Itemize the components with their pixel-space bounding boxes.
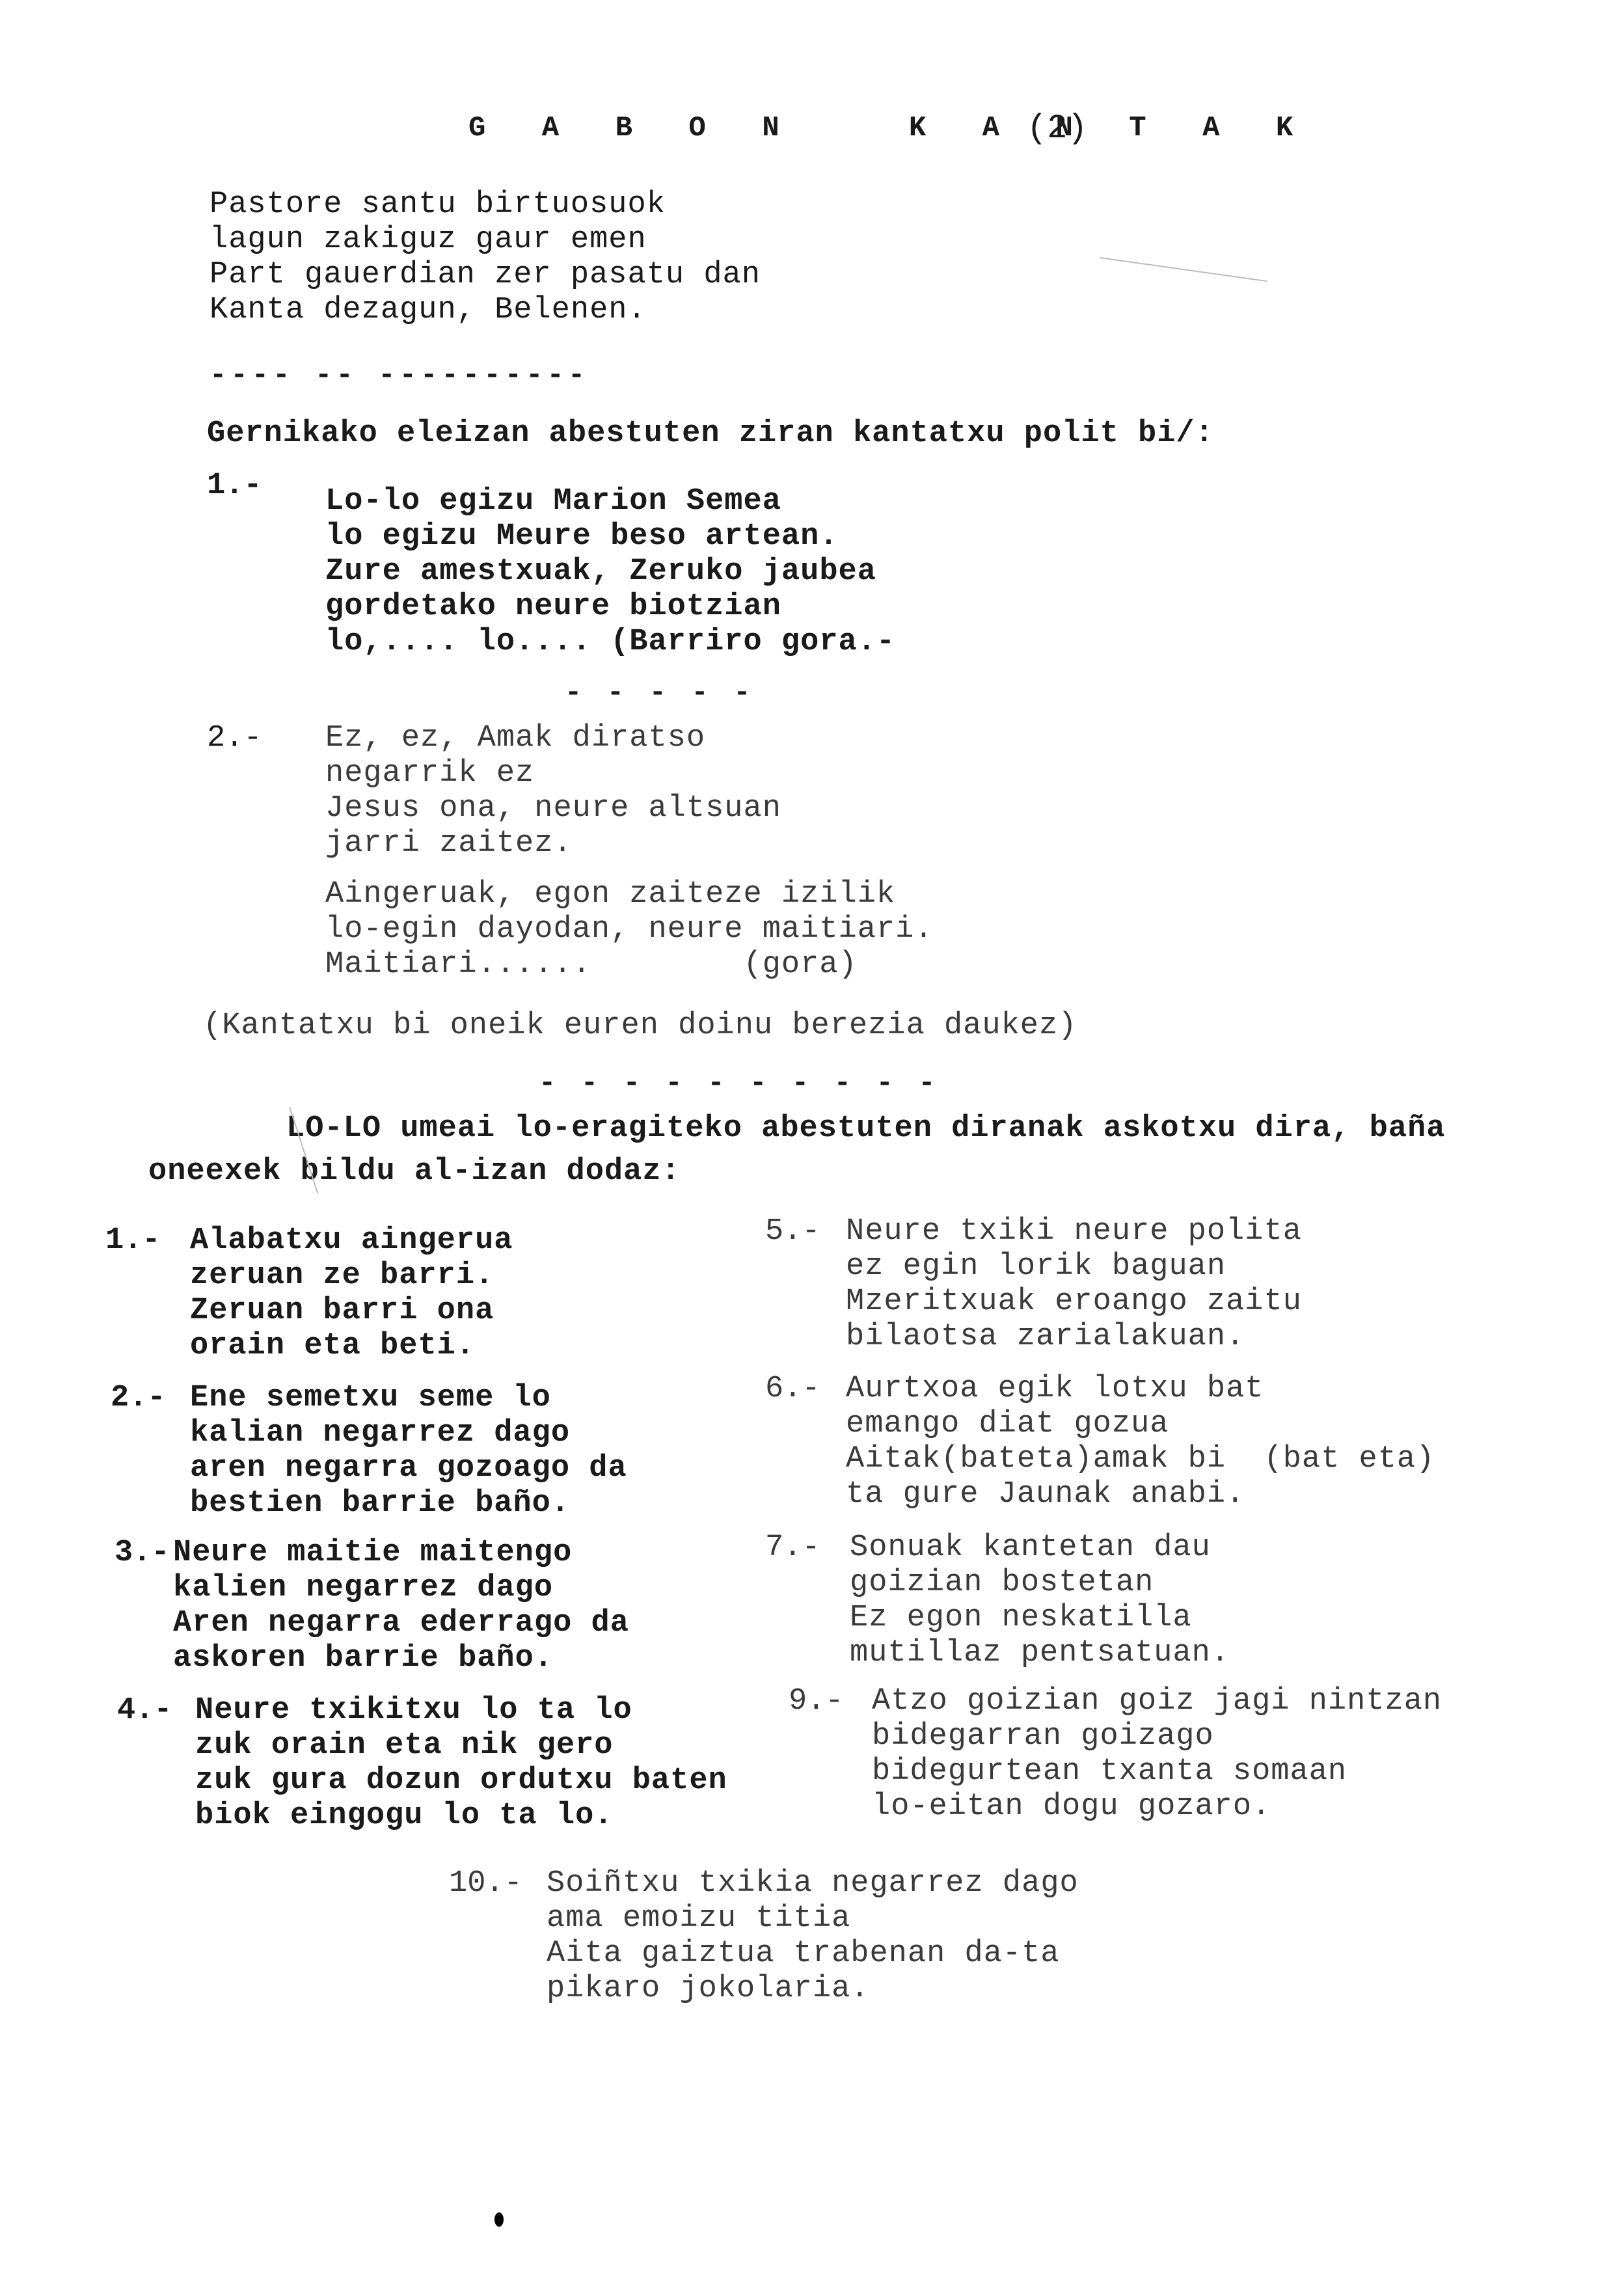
song-number: 4.-	[117, 1693, 172, 1728]
verse-line: pikaro jokolaria.	[547, 1972, 1079, 2007]
verse-line: askoren barrie baño.	[173, 1641, 629, 1676]
verse-line: kalian negarrez dago	[190, 1416, 627, 1451]
verse-line: bidegarran goizago	[872, 1719, 1442, 1754]
ink-dot	[494, 2212, 504, 2227]
verse-line: Sonuak kantetan dau	[850, 1530, 1230, 1566]
gernika-intro: Gernikako eleizan abestuten ziran kantat…	[207, 416, 1214, 452]
intro-verse: Pastore santu birtuosuok lagun zakiguz g…	[210, 187, 761, 328]
verse-line: Kanta dezagun, Belenen.	[210, 293, 761, 328]
gernika-note: (Kantatxu bi oneik euren doinu berezia d…	[203, 1009, 1077, 1044]
page-title: G A B O N K A N T A K	[468, 112, 1312, 144]
verse-line: Ez, ez, Amak diratso	[325, 721, 781, 756]
song-number: 5.-	[765, 1214, 820, 1249]
verse-line: jarri zaitez.	[325, 826, 781, 862]
verse-line: lo egizu Meure beso artean.	[325, 519, 895, 554]
verse-line: Zeruan barri ona	[190, 1294, 513, 1329]
verse-line: Ene semetxu seme lo	[190, 1381, 627, 1416]
verse-line: kalien negarrez dago	[173, 1571, 629, 1606]
song-number: 9.-	[789, 1684, 844, 1719]
lolo-song-4: Neure txikitxu lo ta lo zuk orain eta ni…	[195, 1693, 727, 1834]
separator: ---- -- ----------	[210, 359, 589, 392]
verse-line: biok eingogu lo ta lo.	[195, 1799, 727, 1834]
lolo-song-7: Sonuak kantetan dau goizian bostetan Ez …	[850, 1530, 1230, 1671]
verse-line: lagun zakiguz gaur emen	[210, 223, 761, 258]
lolo-song-10: Soiñtxu txikia negarrez dago ama emoizu …	[547, 1866, 1079, 2007]
verse-line: ez egin lorik baguan	[846, 1249, 1302, 1284]
lolo-song-5: Neure txiki neure polita ez egin lorik b…	[846, 1214, 1302, 1355]
lolo-intro-line-2: oneexek bildu al-izan dodaz:	[148, 1154, 681, 1189]
verse-line: Lo-lo egizu Marion Semea	[325, 484, 895, 519]
verse-line: Part gauerdian zer pasatu dan	[210, 258, 761, 293]
verse-line: Alabatxu aingerua	[190, 1223, 513, 1258]
verse-line: bestien barrie baño.	[190, 1486, 627, 1521]
verse-line: Soiñtxu txikia negarrez dago	[547, 1866, 1079, 1901]
verse-line: lo-eitan dogu gozaro.	[872, 1789, 1442, 1825]
verse-line: Aitak(bateta)amak bi (bat eta)	[846, 1442, 1435, 1477]
verse-line: Aingeruak, egon zaiteze izilik	[325, 877, 934, 912]
verse-line: Aita gaiztua trabenan da-ta	[547, 1936, 1079, 1972]
verse-line: zeruan ze barri.	[190, 1258, 513, 1294]
verse-line: Atzo goizian goiz jagi nintzan	[872, 1684, 1442, 1719]
lolo-intro-line-1: LO-LO umeai lo-eragiteko abestuten diran…	[286, 1111, 1445, 1147]
verse-line: Aurtxoa egik lotxu bat	[846, 1372, 1435, 1407]
verse-line: Maitiari...... (gora)	[325, 947, 934, 983]
verse-line: Neure maitie maitengo	[173, 1536, 629, 1571]
page-number: (2)	[1027, 109, 1088, 148]
verse-line: gordetako neure biotzian	[325, 590, 895, 625]
verse-line: Aren negarra ederrago da	[173, 1606, 629, 1641]
song-number: 1.-	[207, 469, 262, 504]
verse-line: ta gure Jaunak anabi.	[846, 1477, 1435, 1512]
lolo-song-6: Aurtxoa egik lotxu bat emango diat gozua…	[846, 1372, 1435, 1512]
song-number: 7.-	[765, 1530, 820, 1566]
verse-line: Neure txikitxu lo ta lo	[195, 1693, 727, 1728]
lolo-song-9: Atzo goizian goiz jagi nintzan bidegarra…	[872, 1684, 1442, 1825]
song-number: 10.-	[449, 1866, 522, 1901]
separator: - - - - - - - - - -	[539, 1067, 940, 1100]
verse-line: emango diat gozua	[846, 1407, 1435, 1442]
verse-line: Ez egon neskatilla	[850, 1601, 1230, 1636]
lolo-song-3: Neure maitie maitengo kalien negarrez da…	[173, 1536, 629, 1676]
verse-line: negarrik ez	[325, 756, 781, 791]
verse-line: aren negarra gozoago da	[190, 1451, 627, 1486]
verse-line: zuk orain eta nik gero	[195, 1728, 727, 1763]
gernika-song-2-refrain: Aingeruak, egon zaiteze izilik lo-egin d…	[325, 877, 934, 983]
lolo-song-1: Alabatxu aingerua zeruan ze barri. Zerua…	[190, 1223, 513, 1364]
song-number: 1.-	[105, 1223, 161, 1258]
verse-line: ama emoizu titia	[547, 1901, 1079, 1936]
verse-line: bidegurtean txanta somaan	[872, 1754, 1442, 1789]
verse-line: zuk gura dozun ordutxu baten	[195, 1763, 727, 1799]
song-number: 6.-	[765, 1372, 820, 1407]
verse-line: Neure txiki neure polita	[846, 1214, 1302, 1249]
gernika-song-1: Lo-lo egizu Marion Semea lo egizu Meure …	[325, 484, 895, 660]
typewritten-page: G A B O N K A N T A K (2) Pastore santu …	[0, 0, 1624, 2282]
song-number: 2.-	[207, 721, 262, 756]
verse-line: Mzeritxuak eroango zaitu	[846, 1284, 1302, 1320]
verse-line: bilaotsa zarialakuan.	[846, 1320, 1302, 1355]
scan-streak	[1100, 257, 1267, 282]
verse-line: Pastore santu birtuosuok	[210, 187, 761, 223]
verse-line: Jesus ona, neure altsuan	[325, 791, 781, 826]
separator: - - - - -	[565, 677, 755, 709]
verse-line: lo,.... lo.... (Barriro gora.-	[325, 625, 895, 660]
verse-line: mutillaz pentsatuan.	[850, 1636, 1230, 1671]
song-number: 2.-	[111, 1381, 166, 1416]
verse-line: lo-egin dayodan, neure maitiari.	[325, 912, 934, 947]
verse-line: goizian bostetan	[850, 1566, 1230, 1601]
song-number: 3.-	[115, 1536, 170, 1571]
lolo-song-2: Ene semetxu seme lo kalian negarrez dago…	[190, 1381, 627, 1521]
gernika-song-2: Ez, ez, Amak diratso negarrik ez Jesus o…	[325, 721, 781, 862]
verse-line: Zure amestxuak, Zeruko jaubea	[325, 554, 895, 590]
verse-line: orain eta beti.	[190, 1329, 513, 1364]
